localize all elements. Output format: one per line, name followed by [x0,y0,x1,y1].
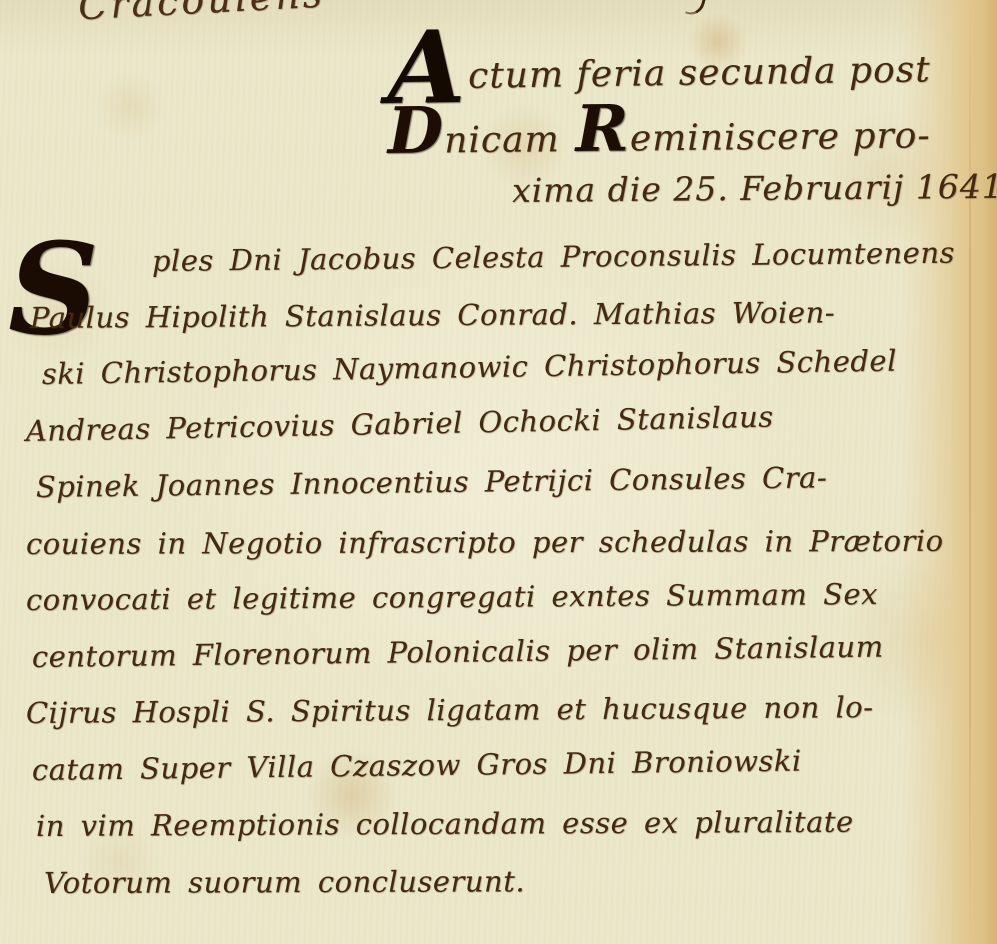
heading-line-2: DnicamReminiscere pro- [387,91,988,168]
manuscript-line-5: Spinek Joannes Innocentius Petrijci Cons… [36,459,965,527]
heading: Actum feria secunda post DnicamReminisce… [388,26,988,210]
stray-ink-mark [685,0,707,18]
manuscript-line-11: in vim Reemptionis collocandam esse ex p… [36,804,964,865]
manuscript-line-8: centorum Florenorum Polonicalis per olim… [32,628,965,696]
heading-line-3: xima die 25. Februarij 1641. [512,167,988,210]
top-margin-fragment: Cracouiens [77,0,326,28]
manuscript-line-6: couiens in Negotio infrascripto per sche… [26,523,964,583]
manuscript-line-1: ples Dni Jacobus Celesta Proconsulis Loc… [152,235,965,300]
heading-word-dnicam: Dnicam [387,95,560,167]
body-text: ples Dni Jacobus Celesta Proconsulis Loc… [14,244,964,922]
manuscript-line-10: catam Super Villa Czaszow Gros Dni Broni… [32,741,965,809]
manuscript-line-12: Votorum suorum concluserunt. [44,862,964,922]
manuscript-page: Cracouiens Actum feria secunda post Dnic… [0,0,997,944]
heading-line-1-text: ctum feria secunda post [468,49,931,96]
heading-word-reminiscere: Reminiscere pro- [575,91,931,165]
